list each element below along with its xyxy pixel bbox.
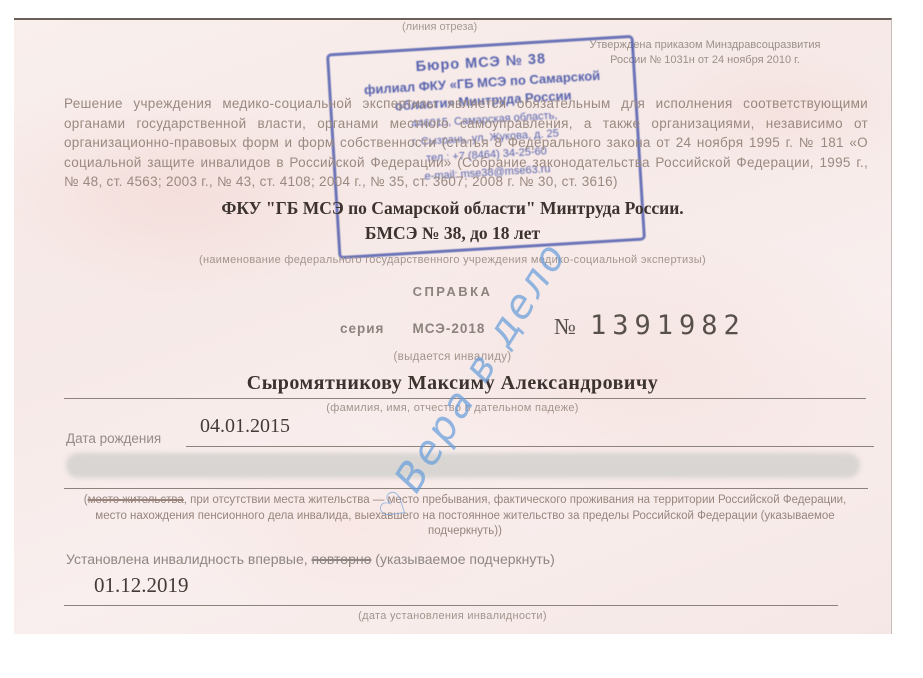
series-row: серия МСЭ-2018: [340, 321, 485, 336]
disability-struck-repeat: повторно: [312, 551, 372, 567]
institution-caption: (наименование федерального государственн…: [14, 254, 891, 266]
cut-line-label: (линия отреза): [402, 21, 477, 33]
redacted-address-blur: [66, 453, 860, 478]
number-digits: 1391982: [590, 310, 746, 341]
certificate-number: № 1391982: [554, 310, 746, 341]
scanned-certificate-page: (линия отреза) Утверждена приказом Минзд…: [14, 18, 892, 634]
residence-caption: (место жительства, при отсутствии места …: [72, 493, 858, 540]
institution-name-line1: ФКУ "ГБ МСЭ по Самарской области" Минтру…: [14, 198, 891, 219]
disability-date-value: 01.12.2019: [94, 573, 189, 598]
institution-name-line2: БМСЭ № 38, до 18 лет: [14, 223, 891, 244]
birth-date-label: Дата рождения: [66, 431, 161, 446]
legal-paragraph: Решение учреждения медико-социальной экс…: [64, 94, 868, 192]
disability-established-line: Установлена инвалидность впервые, повтор…: [66, 551, 555, 567]
disability-date-underline: [64, 605, 838, 606]
birth-date-underline: [186, 446, 874, 447]
birth-date-value: 04.01.2015: [200, 415, 290, 438]
disability-prefix: Установлена инвалидность впервые,: [66, 551, 312, 567]
disability-date-caption: (дата установления инвалидности): [14, 610, 891, 622]
issued-to-caption: (выдается инвалиду): [14, 351, 891, 363]
residence-underline: [64, 488, 868, 489]
series-label: серия: [340, 321, 384, 336]
certificate-title: СПРАВКА: [14, 284, 891, 299]
disability-suffix: (указываемое подчеркнуть): [371, 551, 554, 567]
residence-caption-struck: место жительства: [88, 494, 184, 506]
residence-caption-rest: , при отсутствии места жительства — мест…: [95, 494, 846, 537]
number-sign: №: [554, 314, 576, 340]
